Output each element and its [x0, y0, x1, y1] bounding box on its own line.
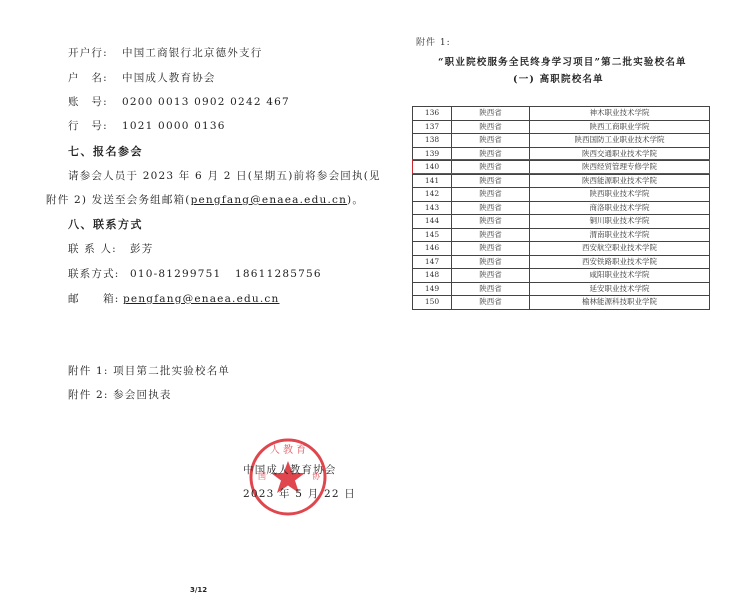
table-row: 145陕西省渭南职业技术学院 — [413, 228, 710, 242]
page-number: 3/12 — [190, 586, 207, 594]
school-list-table: 136陕西省神木职业技术学院137陕西省陕西工商职业学院138陕西省陕西国防工业… — [412, 106, 710, 310]
table-row: 149陕西省延安职业技术学院 — [413, 282, 710, 296]
email-row: 邮 箱:pengfang@enaea.edu.cn — [68, 291, 279, 306]
row-school: 榆林能源科技职业学院 — [530, 296, 710, 310]
table-row: 141陕西省陕西能源职业技术学院 — [413, 174, 710, 188]
row-province: 陕西省 — [452, 255, 530, 269]
contact-row: 联 系 人:彭芳 — [68, 241, 153, 256]
section7-para-line2: 附件 2) 发送至会务组邮箱(pengfang@enaea.edu.cn)。 — [46, 192, 364, 207]
phone-label: 联系方式: — [68, 266, 130, 281]
bank-code-row: 行 号:1021 0000 0136 — [68, 118, 226, 133]
row-school: 陕西职业技术学院 — [530, 188, 710, 202]
row-school: 咸阳职业技术学院 — [530, 269, 710, 283]
table-row: 136陕西省神木职业技术学院 — [413, 107, 710, 121]
table-row: 143陕西省商洛职业技术学院 — [413, 201, 710, 215]
row-number: 137 — [413, 120, 452, 134]
account-name-label: 户 名: — [68, 70, 122, 85]
contact-label: 联 系 人: — [68, 241, 130, 256]
row-number: 146 — [413, 242, 452, 256]
account-number-row: 账 号:0200 0013 0902 0242 467 — [68, 94, 290, 109]
row-province: 陕西省 — [452, 242, 530, 256]
account-number-value: 0200 0013 0902 0242 467 — [122, 96, 290, 108]
table-row: 150陕西省榆林能源科技职业学院 — [413, 296, 710, 310]
row-school: 陕西国防工业职业技术学院 — [530, 134, 710, 148]
row-number: 145 — [413, 228, 452, 242]
signature-date: 2023 年 5 月 22 日 — [243, 486, 356, 501]
row-province: 陕西省 — [452, 228, 530, 242]
phone-value: 010-81299751 18611285756 — [130, 268, 322, 280]
row-province: 陕西省 — [452, 120, 530, 134]
signature-org: 中国成人教育协会 — [243, 462, 337, 477]
bank-value: 中国工商银行北京德外支行 — [122, 47, 262, 59]
row-school: 延安职业技术学院 — [530, 282, 710, 296]
highlight-box — [412, 159, 710, 174]
row-province: 陕西省 — [452, 282, 530, 296]
attachment-label: 附件 1: — [416, 35, 451, 48]
row-province: 陕西省 — [452, 188, 530, 202]
row-number: 143 — [413, 201, 452, 215]
row-province: 陕西省 — [452, 107, 530, 121]
row-school: 西安航空职业技术学院 — [530, 242, 710, 256]
table-row: 142陕西省陕西职业技术学院 — [413, 188, 710, 202]
official-seal-icon: 人 教 育 国 协 — [248, 437, 328, 517]
row-number: 150 — [413, 296, 452, 310]
list-title: “职业院校服务全民终身学习项目”第二批实验校名单 — [438, 54, 687, 68]
row-number: 144 — [413, 215, 452, 229]
section8-heading: 八、联系方式 — [68, 216, 143, 232]
table-row: 138陕西省陕西国防工业职业技术学院 — [413, 134, 710, 148]
row-province: 陕西省 — [452, 215, 530, 229]
email-label: 邮 箱: — [68, 291, 123, 306]
table-row: 146陕西省西安航空职业技术学院 — [413, 242, 710, 256]
attachment-1-item: 附件 1: 项目第二批实验校名单 — [68, 363, 230, 378]
row-number: 148 — [413, 269, 452, 283]
account-name-value: 中国成人教育协会 — [122, 72, 216, 84]
table-row: 144陕西省铜川职业技术学院 — [413, 215, 710, 229]
list-subtitle: (一) 高职院校名单 — [513, 71, 604, 85]
email-link[interactable]: pengfang@enaea.edu.cn — [191, 194, 347, 206]
bank-code-value: 1021 0000 0136 — [122, 120, 226, 132]
row-number: 141 — [413, 174, 452, 188]
row-province: 陕西省 — [452, 201, 530, 215]
row-province: 陕西省 — [452, 269, 530, 283]
row-number: 149 — [413, 282, 452, 296]
row-school: 陕西工商职业学院 — [530, 120, 710, 134]
row-number: 147 — [413, 255, 452, 269]
bank-code-label: 行 号: — [68, 118, 122, 133]
row-province: 陕西省 — [452, 296, 530, 310]
bank-row: 开户行:中国工商银行北京德外支行 — [68, 45, 262, 60]
svg-text:人 教 育: 人 教 育 — [270, 443, 306, 456]
row-school: 陕西能源职业技术学院 — [530, 174, 710, 188]
bank-label: 开户行: — [68, 45, 122, 60]
account-number-label: 账 号: — [68, 94, 122, 109]
phone-row: 联系方式:010-81299751 18611285756 — [68, 266, 322, 281]
row-school: 神木职业技术学院 — [530, 107, 710, 121]
section7-heading: 七、报名参会 — [68, 143, 143, 159]
row-number: 142 — [413, 188, 452, 202]
email-link-2[interactable]: pengfang@enaea.edu.cn — [123, 293, 279, 305]
row-province: 陕西省 — [452, 174, 530, 188]
row-school: 渭南职业技术学院 — [530, 228, 710, 242]
para-prefix: 附件 2) 发送至会务组邮箱( — [46, 194, 191, 206]
row-province: 陕西省 — [452, 134, 530, 148]
row-school: 铜川职业技术学院 — [530, 215, 710, 229]
section7-para-line1: 请参会人员于 2023 年 6 月 2 日(星期五)前将参会回执(见 — [68, 168, 381, 183]
row-school: 西安铁路职业技术学院 — [530, 255, 710, 269]
account-name-row: 户 名:中国成人教育协会 — [68, 70, 216, 85]
table-row: 148陕西省咸阳职业技术学院 — [413, 269, 710, 283]
contact-value: 彭芳 — [130, 243, 153, 255]
attachment-2-item: 附件 2: 参会回执表 — [68, 387, 172, 402]
row-number: 136 — [413, 107, 452, 121]
table-row: 147陕西省西安铁路职业技术学院 — [413, 255, 710, 269]
row-school: 商洛职业技术学院 — [530, 201, 710, 215]
row-number: 138 — [413, 134, 452, 148]
para-suffix: )。 — [347, 194, 364, 206]
table-row: 137陕西省陕西工商职业学院 — [413, 120, 710, 134]
